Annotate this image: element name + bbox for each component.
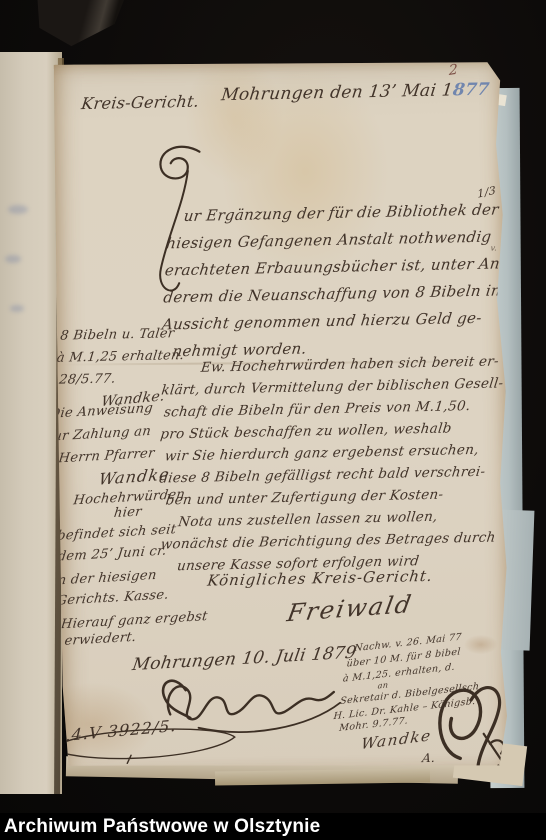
margin-remark-line: in der hiesigen (52, 568, 157, 589)
margin-remark-line: befindet sich seit (56, 522, 177, 544)
manuscript-page: Kreis-Gericht. Mohrungen den 13’ Mai 187… (54, 59, 511, 770)
margin-note-line: à M.1,25 erhalten. (56, 348, 185, 366)
bleedthrough-mark (8, 205, 28, 214)
archival-photo: Kreis-Gericht. Mohrungen den 13’ Mai 187… (0, 0, 546, 840)
reference-flourish (48, 713, 249, 769)
archive-watermark-bar: Archiwum Państwowe w Olsztynie (0, 813, 546, 840)
dateline-year-pencil: 877 (452, 80, 491, 101)
body-line: hiesigen Gefangenen Anstalt nothwendig (165, 228, 492, 253)
header-office: Kreis-Gericht. (80, 92, 200, 114)
body-line: pro Stück beschaffen zu wollen, weshalb (159, 420, 452, 442)
bleedthrough-mark (5, 255, 21, 263)
signature-freiwald: Freiwald (285, 590, 415, 627)
margin-remark-line: dem 25’ Juni cr. (57, 544, 168, 565)
folio-number: 2 (449, 62, 459, 79)
body-line: wonächst die Berichtigung des Betrages d… (160, 530, 497, 553)
margin-remark-line: Die Anweisung (49, 401, 154, 422)
under-page-edge (215, 768, 430, 785)
margin-tick: v. (490, 243, 498, 252)
dateline: Mohrungen den 13’ Mai 1877 (220, 80, 490, 106)
body-line: Aussicht genommen und hierzu Geld ge- (161, 309, 483, 334)
margin-remark-line: zur Zahlung an (45, 424, 152, 445)
disposal-note-line: an (377, 680, 388, 690)
margin-fraction: 1/3 (477, 184, 497, 201)
margin-remark-line: Gerichts. Kasse. (56, 587, 170, 608)
binding-clamp (30, 0, 124, 48)
closing-line: Königliches Kreis-Gericht. (206, 567, 434, 590)
margin-remark-line: erwiedert. (64, 630, 138, 649)
margin-note-line: 28/5.77. (58, 371, 116, 387)
previous-page-edge (0, 52, 62, 794)
body-line: derem die Neuanschaffung von 8 Bibeln in (162, 281, 502, 306)
body-line: wir Sie hierdurch ganz ergebenst ersuche… (164, 442, 480, 465)
body-line: klärt, durch Vermittelung der biblischen… (161, 375, 505, 398)
dateline-text: Mohrungen den 13’ Mai 1 (220, 80, 454, 105)
body-line: ben und unter Zufertigung der Kosten- (165, 487, 444, 509)
body-line: diese 8 Bibeln gefälligst recht bald ver… (158, 464, 486, 487)
body-line: schaft die Bibeln für den Preis von M.1,… (163, 398, 471, 420)
body-line: Nota uns zustellen lassen zu wollen, (177, 509, 438, 530)
margin-remark-line: Hierauf ganz ergebst (60, 609, 209, 632)
archive-name: Archiwum Państwowe w Olsztynie (0, 813, 320, 840)
margin-remark-line: hier (113, 504, 143, 521)
body-line: erachteten Erbauungsbücher ist, unter An… (164, 254, 507, 279)
bleedthrough-mark (10, 305, 24, 312)
body-line: ur Ergänzung der für die Bibliothek der (183, 200, 500, 225)
margin-remark-line: Herrn Pfarrer (58, 446, 156, 466)
ink-layer: Kreis-Gericht. Mohrungen den 13’ Mai 187… (51, 57, 514, 772)
margin-note-line: 8 Bibeln u. Taler (59, 326, 175, 343)
